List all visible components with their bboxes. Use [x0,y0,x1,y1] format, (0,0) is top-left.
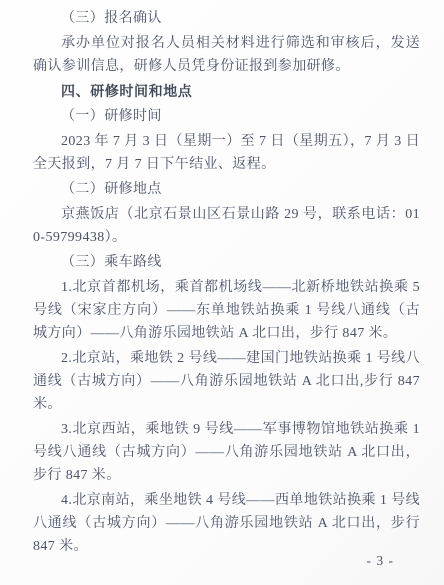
paragraph: 京燕饭店（北京石景山区石景山路 29 号，联系电话：010-59799438）。 [33,203,420,249]
paragraph: 2023 年 7 月 3 日（星期一）至 7 日（星期五），7 月 3 日全天报… [33,130,420,176]
sub-heading: （二）研修地点 [33,178,420,201]
sub-heading: （三）报名确认 [33,7,420,30]
sub-heading: （三）乘车路线 [33,251,420,274]
sub-heading: （一）研修时间 [33,105,420,128]
paragraph: 4.北京南站，乘坐地铁 4 号线——西单地铁站换乘 1 号线八通线（古城方向）—… [33,489,420,558]
page-number: - 3 - [367,553,395,569]
document-page: （三）报名确认承办单位对报名人员相关材料进行筛选和审核后，发送确认参训信息，研修… [0,0,444,585]
document-body: （三）报名确认承办单位对报名人员相关材料进行筛选和审核后，发送确认参训信息，研修… [33,7,420,558]
paragraph: 3.北京西站，乘地铁 9 号线——军事博物馆地铁站换乘 1 号线八通线（古城方向… [33,418,420,487]
paragraph: 承办单位对报名人员相关材料进行筛选和审核后，发送确认参训信息，研修人员凭身份证报… [33,32,420,78]
section-heading: 四、研修时间和地点 [33,80,420,103]
paragraph: 2.北京站，乘地铁 2 号线——建国门地铁站换乘 1 号线八通线（古城方向）——… [33,347,420,416]
paragraph: 1.北京首都机场，乘首都机场线——北新桥地铁站换乘 5 号线（宋家庄方向）——东… [33,276,420,345]
